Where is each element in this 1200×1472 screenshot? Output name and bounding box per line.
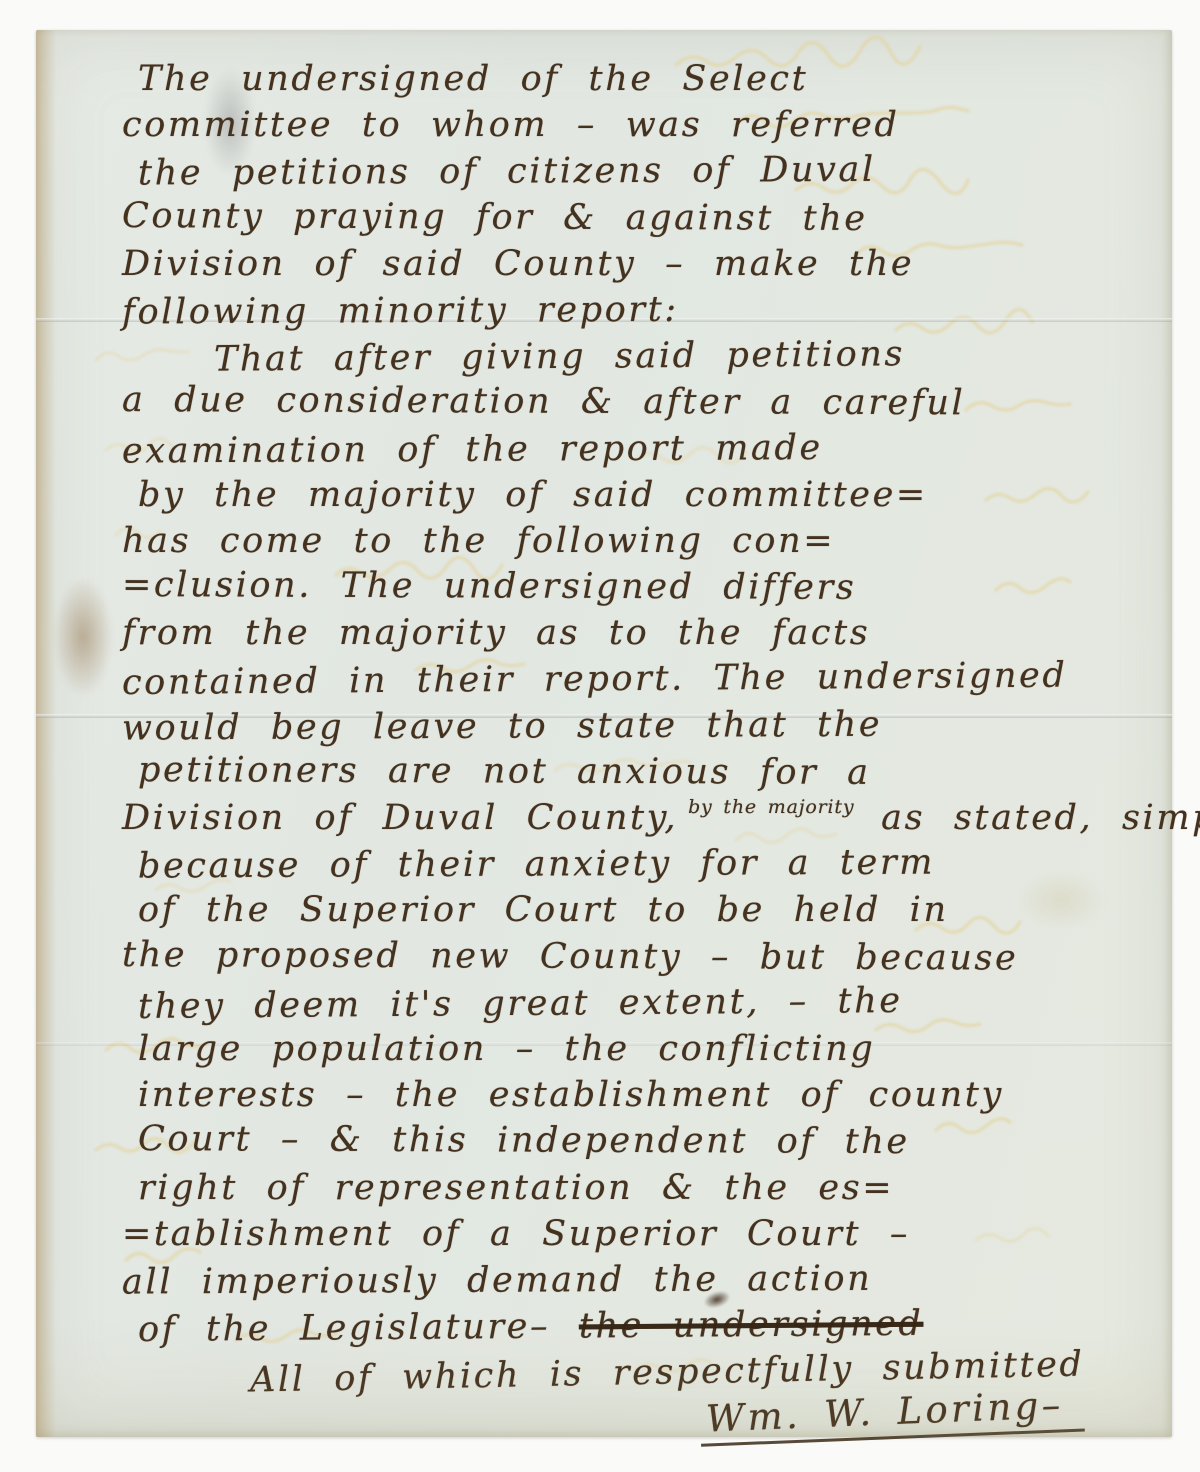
manuscript-words: from the majority as to the facts (122, 613, 870, 653)
manuscript-words: examination of the report made (122, 428, 823, 471)
manuscript-line: the proposed new County – but because (122, 932, 1142, 982)
manuscript-line: following minority report: (122, 284, 1142, 335)
manuscript-words: Division of Duval County, (122, 798, 678, 838)
manuscript-line: petitioners are not anxious for a (138, 747, 1142, 797)
manuscript-words: the proposed new County – but because (122, 935, 1018, 978)
manuscript-line: committee to whom – was referred (122, 102, 1142, 148)
manuscript-line: because of their anxiety for a term (138, 839, 1142, 890)
manuscript-words: has come to the following con= (122, 521, 835, 561)
manuscript-line: the petitions of citizens of Duval (138, 146, 1142, 197)
manuscript-words: by the majority of said committee= (138, 475, 928, 515)
manuscript-words: interests – the establishment of county (138, 1075, 1004, 1115)
struck-out-words: the undersigned (579, 1304, 924, 1347)
manuscript-words: =clusion. The undersigned differs (122, 565, 857, 608)
signature-line: Wm. W. Loring– (700, 1388, 1142, 1436)
scan-background: { "manuscript": { "lines": [ {"indent": … (0, 0, 1200, 1472)
signature: Wm. W. Loring– (699, 1382, 1084, 1447)
manuscript-words: Division of said County – make the (122, 244, 914, 284)
manuscript-words: would beg leave to state that the (122, 704, 882, 748)
manuscript-words: the petitions of citizens of Duval (138, 150, 876, 194)
manuscript-words: large population – the conflicting (138, 1029, 875, 1069)
manuscript-line: Court – & this independent of the (138, 1116, 1142, 1166)
manuscript-line: That after giving said petitions (214, 329, 1142, 382)
manuscript-words: committee to whom – was referred (122, 105, 900, 145)
manuscript-words: of the Superior Court to be held in (138, 890, 949, 930)
manuscript-words: following minority report: (122, 290, 679, 333)
manuscript-line: from the majority as to the facts (122, 610, 1142, 656)
manuscript-words: contained in their report. The undersign… (122, 656, 1068, 703)
manuscript-line: =tablishment of a Superior Court – (122, 1211, 1142, 1257)
manuscript-line: County praying for & against the (122, 193, 1142, 243)
manuscript-words: a due consideration & after a careful (122, 380, 966, 423)
manuscript-words: petitioners are not anxious for a (138, 750, 871, 793)
manuscript-line: all imperiously demand the action (122, 1254, 1142, 1305)
manuscript-line: Division of said County – make the (122, 241, 1142, 287)
manuscript-words: County praying for & against the (122, 196, 868, 239)
manuscript-line: right of representation & the es= (138, 1165, 1142, 1211)
manuscript-line: large population – the conflicting (138, 1026, 1142, 1072)
manuscript-line: has come to the following con= (122, 518, 1142, 564)
brown-edge-stain (54, 578, 112, 696)
manuscript-words: That after giving said petitions (214, 334, 905, 379)
manuscript-words: =tablishment of a Superior Court – (122, 1214, 910, 1254)
manuscript-line: examination of the report made (122, 423, 1142, 474)
handwritten-text: The undersigned of the Selectcommittee t… (122, 56, 1142, 1436)
manuscript-line: =clusion. The undersigned differs (122, 562, 1142, 612)
manuscript-line: contained in their report. The undersign… (122, 652, 1142, 706)
manuscript-words: because of their anxiety for a term (138, 843, 935, 887)
manuscript-words: of the Legislature– (138, 1307, 579, 1350)
manuscript-words: The undersigned of the Select (138, 59, 808, 99)
manuscript-line: of the Superior Court to be held in (138, 887, 1142, 933)
manuscript-line: would beg leave to state that the (122, 700, 1142, 751)
manuscript-words: all imperiously demand the action (122, 1259, 872, 1303)
manuscript-line: interests – the establishment of county (138, 1072, 1142, 1118)
manuscript-words: right of representation & the es= (138, 1168, 894, 1208)
manuscript-page: The undersigned of the Selectcommittee t… (36, 30, 1172, 1437)
manuscript-words: as stated, simply (852, 798, 1200, 838)
manuscript-line: a due consideration & after a careful (122, 377, 1142, 427)
manuscript-words: they deem it's great extent, – the (138, 981, 903, 1027)
manuscript-line: The undersigned of the Select (138, 56, 1142, 102)
manuscript-words: Court – & this independent of the (138, 1119, 910, 1162)
manuscript-line: Division of Duval County,by the majority… (122, 795, 1142, 841)
manuscript-line: by the majority of said committee= (138, 472, 1142, 518)
manuscript-line: they deem it's great extent, – the (138, 976, 1142, 1030)
